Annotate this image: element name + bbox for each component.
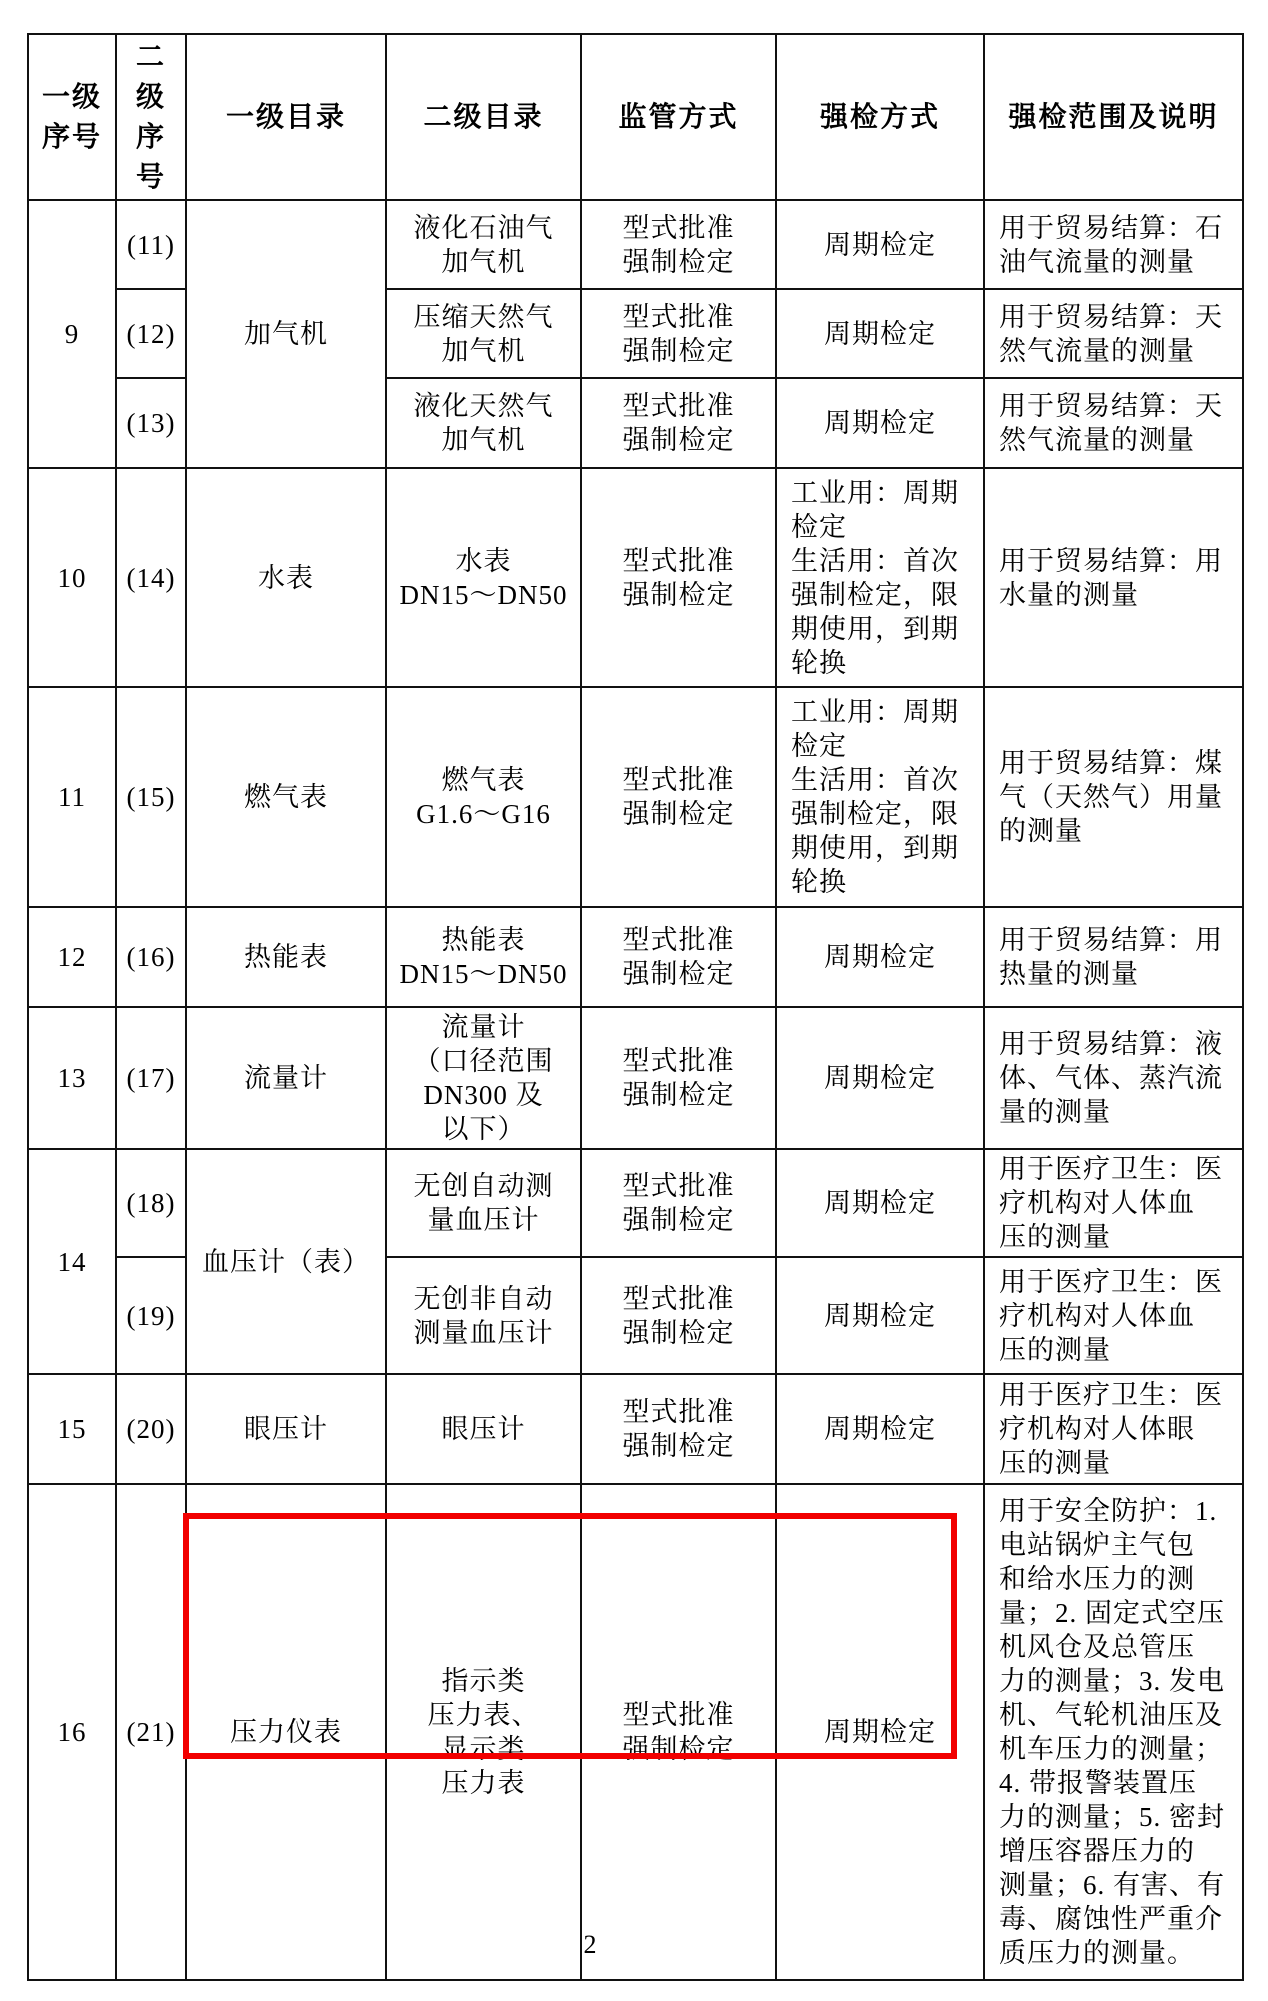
- table-cell: 无创自动测 量血压计: [386, 1149, 581, 1257]
- table-row: 11(15)燃气表燃气表 G1.6～G16型式批准 强制检定工业用：周期 检定 …: [28, 687, 1243, 907]
- table-row: 9(11)加气机液化石油气 加气机型式批准 强制检定周期检定用于贸易结算：石 油…: [28, 200, 1243, 289]
- table-cell: 10: [28, 468, 116, 687]
- table-cell: 型式批准 强制检定: [581, 1257, 776, 1374]
- table-cell: 用于医疗卫生：医 疗机构对人体血 压的测量: [984, 1257, 1243, 1374]
- table-cell: 14: [28, 1149, 116, 1374]
- table-cell: 周期检定: [776, 289, 984, 378]
- table-cell: (19): [116, 1257, 186, 1374]
- table-cell: 用于贸易结算：用 热量的测量: [984, 907, 1243, 1007]
- table-header-cell: 一级 序号: [28, 34, 116, 200]
- page-number: 2: [560, 1930, 620, 1960]
- table-cell: 液化石油气 加气机: [386, 200, 581, 289]
- table-header-cell: 强检方式: [776, 34, 984, 200]
- table-row: 12(16)热能表热能表 DN15～DN50型式批准 强制检定周期检定用于贸易结…: [28, 907, 1243, 1007]
- table-cell: 16: [28, 1484, 116, 1980]
- table-cell: 无创非自动 测量血压计: [386, 1257, 581, 1374]
- table-cell: 型式批准 强制检定: [581, 1484, 776, 1980]
- table-cell: 用于贸易结算：用 水量的测量: [984, 468, 1243, 687]
- table-cell: 型式批准 强制检定: [581, 468, 776, 687]
- table-cell: 型式批准 强制检定: [581, 1007, 776, 1149]
- table-header-cell: 二级 序号: [116, 34, 186, 200]
- table-cell: 压缩天然气 加气机: [386, 289, 581, 378]
- table-cell: 用于贸易结算：煤 气（天然气）用量 的测量: [984, 687, 1243, 907]
- table-cell: (18): [116, 1149, 186, 1257]
- table-cell: 周期检定: [776, 378, 984, 468]
- table-cell: 热能表 DN15～DN50: [386, 907, 581, 1007]
- table-cell: 燃气表 G1.6～G16: [386, 687, 581, 907]
- table-cell: 用于贸易结算：天 然气流量的测量: [984, 378, 1243, 468]
- table-cell: 型式批准 强制检定: [581, 687, 776, 907]
- table-cell: 燃气表: [186, 687, 386, 907]
- table-cell: 工业用：周期 检定 生活用：首次 强制检定，限 期使用，到期 轮换: [776, 468, 984, 687]
- table-cell: 11: [28, 687, 116, 907]
- table-header-row: 一级 序号二级 序号一级目录二级目录监管方式强检方式强检范围及说明: [28, 34, 1243, 200]
- table-row: 15(20)眼压计眼压计型式批准 强制检定周期检定用于医疗卫生：医 疗机构对人体…: [28, 1374, 1243, 1484]
- table-cell: 用于医疗卫生：医 疗机构对人体血 压的测量: [984, 1149, 1243, 1257]
- table-cell: 液化天然气 加气机: [386, 378, 581, 468]
- table-cell: 水表 DN15～DN50: [386, 468, 581, 687]
- table-header-cell: 强检范围及说明: [984, 34, 1243, 200]
- table-cell: (11): [116, 200, 186, 289]
- table-cell: 眼压计: [186, 1374, 386, 1484]
- table-cell: 9: [28, 200, 116, 468]
- table-cell: 用于医疗卫生：医 疗机构对人体眼 压的测量: [984, 1374, 1243, 1484]
- table-cell: 型式批准 强制检定: [581, 907, 776, 1007]
- table-cell: 周期检定: [776, 200, 984, 289]
- table-cell: 水表: [186, 468, 386, 687]
- table-cell: (16): [116, 907, 186, 1007]
- table-cell: 工业用：周期 检定 生活用：首次 强制检定，限 期使用，到期 轮换: [776, 687, 984, 907]
- table-cell: 周期检定: [776, 1374, 984, 1484]
- table-cell: 用于贸易结算：天 然气流量的测量: [984, 289, 1243, 378]
- table-cell: 血压计（表）: [186, 1149, 386, 1374]
- table-cell: 流量计 （口径范围 DN300 及 以下）: [386, 1007, 581, 1149]
- table-header-cell: 一级目录: [186, 34, 386, 200]
- verification-catalog-table: 一级 序号二级 序号一级目录二级目录监管方式强检方式强检范围及说明9(11)加气…: [27, 33, 1244, 1981]
- table-cell: 15: [28, 1374, 116, 1484]
- table-cell: (21): [116, 1484, 186, 1980]
- table-cell: 加气机: [186, 200, 386, 468]
- document-page: 一级 序号二级 序号一级目录二级目录监管方式强检方式强检范围及说明9(11)加气…: [0, 0, 1268, 2001]
- table-cell: (20): [116, 1374, 186, 1484]
- table-cell: (15): [116, 687, 186, 907]
- table-cell: 型式批准 强制检定: [581, 378, 776, 468]
- table-cell: 热能表: [186, 907, 386, 1007]
- table-cell: (14): [116, 468, 186, 687]
- table-row: 16(21)压力仪表指示类 压力表、 显示类 压力表型式批准 强制检定周期检定用…: [28, 1484, 1243, 1980]
- table-cell: 型式批准 强制检定: [581, 289, 776, 378]
- table-cell: 周期检定: [776, 1007, 984, 1149]
- table-cell: 型式批准 强制检定: [581, 1149, 776, 1257]
- table-cell: 12: [28, 907, 116, 1007]
- table-row: 10(14)水表水表 DN15～DN50型式批准 强制检定工业用：周期 检定 生…: [28, 468, 1243, 687]
- table-cell: 13: [28, 1007, 116, 1149]
- table-cell: 用于贸易结算：石 油气流量的测量: [984, 200, 1243, 289]
- table-header-cell: 二级目录: [386, 34, 581, 200]
- table-cell: 周期检定: [776, 1484, 984, 1980]
- table-row: 14(18)血压计（表）无创自动测 量血压计型式批准 强制检定周期检定用于医疗卫…: [28, 1149, 1243, 1257]
- table-cell: 型式批准 强制检定: [581, 200, 776, 289]
- table-cell: (17): [116, 1007, 186, 1149]
- table-row: 13(17)流量计流量计 （口径范围 DN300 及 以下）型式批准 强制检定周…: [28, 1007, 1243, 1149]
- table-cell: 型式批准 强制检定: [581, 1374, 776, 1484]
- table-cell: (13): [116, 378, 186, 468]
- table-header-cell: 监管方式: [581, 34, 776, 200]
- table-cell: 眼压计: [386, 1374, 581, 1484]
- table-cell: 压力仪表: [186, 1484, 386, 1980]
- table-cell: 用于安全防护：1. 电站锅炉主气包 和给水压力的测 量；2. 固定式空压 机风仓…: [984, 1484, 1243, 1980]
- table-cell: 周期检定: [776, 907, 984, 1007]
- table-cell: 用于贸易结算：液 体、气体、蒸汽流 量的测量: [984, 1007, 1243, 1149]
- table-cell: (12): [116, 289, 186, 378]
- table-cell: 周期检定: [776, 1149, 984, 1257]
- table-cell: 周期检定: [776, 1257, 984, 1374]
- table-cell: 流量计: [186, 1007, 386, 1149]
- table-cell: 指示类 压力表、 显示类 压力表: [386, 1484, 581, 1980]
